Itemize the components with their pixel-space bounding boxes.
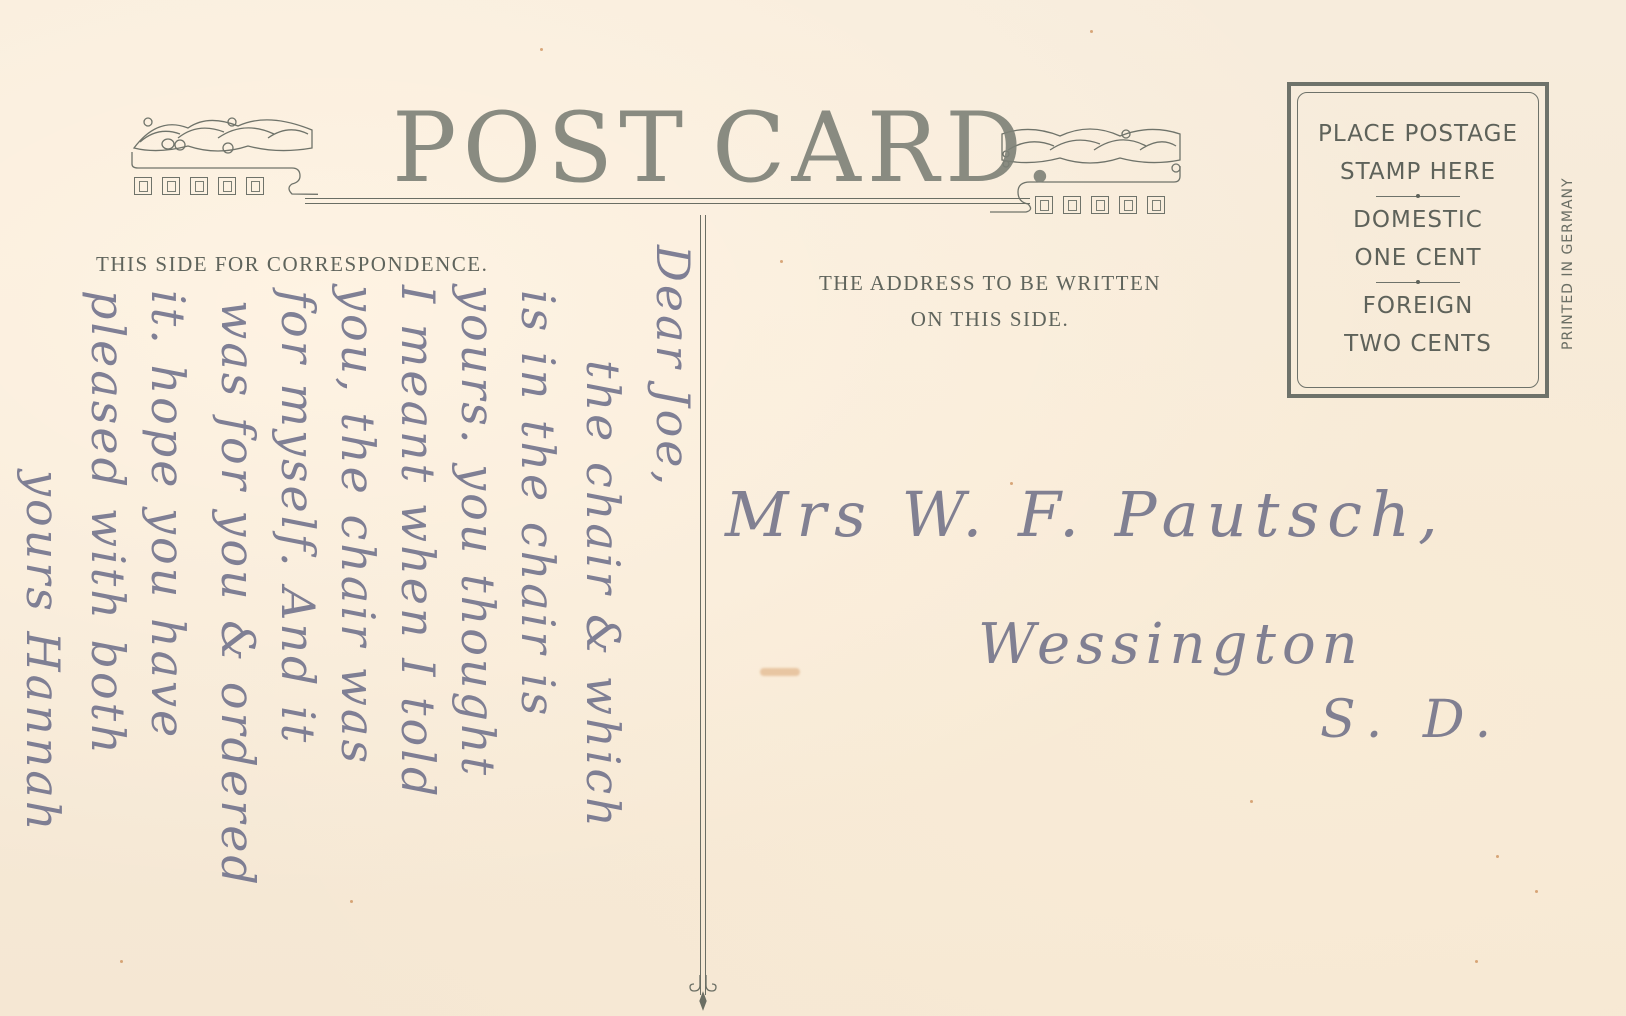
stamp-line-5: FOREIGN	[1363, 287, 1474, 325]
stamp-box: PLACE POSTAGE STAMP HERE DOMESTIC ONE CE…	[1287, 82, 1549, 398]
stamp-box-inner: PLACE POSTAGE STAMP HERE DOMESTIC ONE CE…	[1297, 92, 1539, 388]
title-card: CARD.	[712, 92, 1061, 204]
postcard-back: POST CARD. THIS SIDE FOR CORRESPONDENCE.…	[0, 0, 1626, 1016]
paper-speck	[1010, 482, 1013, 485]
stamp-separator	[1376, 191, 1460, 201]
center-divider	[700, 215, 706, 995]
stamp-line-4: ONE CENT	[1355, 239, 1482, 277]
stamp-line-3: DOMESTIC	[1353, 201, 1483, 239]
paper-speck	[1250, 800, 1253, 803]
message-column: is in the chair is	[511, 290, 565, 718]
message-column: the chair & which	[576, 360, 630, 830]
message-column: it. hope you have	[141, 290, 195, 740]
title-post: POST	[392, 92, 689, 204]
address-label-line1: THE ADDRESS TO BE WRITTEN	[780, 265, 1200, 301]
paper-speck	[540, 48, 543, 51]
stamp-line-2: STAMP HERE	[1340, 153, 1496, 191]
paper-speck	[1475, 960, 1478, 963]
message-column: yours Hannah	[16, 470, 70, 833]
stamp-line-1: PLACE POSTAGE	[1318, 115, 1518, 153]
message-column: for myself. And it	[271, 290, 325, 745]
message-column: was for you & ordered	[211, 300, 265, 888]
message-column: pleased with both	[81, 290, 135, 757]
message-column: yours. you thought	[451, 285, 505, 778]
paper-speck	[350, 900, 353, 903]
address-recipient: Mrs W. F. Pautsch,	[725, 478, 1446, 551]
printed-in-germany: PRINTED IN GERMANY	[1560, 177, 1576, 350]
correspondence-label: THIS SIDE FOR CORRESPONDENCE.	[96, 252, 488, 277]
paper-speck	[780, 260, 783, 263]
paper-speck	[1496, 855, 1499, 858]
paper-speck	[1090, 30, 1093, 33]
paper-stain	[760, 668, 800, 676]
address-label-line2: ON THIS SIDE.	[780, 301, 1200, 337]
message-column: Dear Joe,	[646, 245, 700, 488]
address-town: Wessington	[978, 612, 1364, 677]
address-state: S. D.	[1320, 690, 1503, 750]
decorative-squares-left	[134, 177, 264, 195]
message-column: you, the chair was	[331, 285, 385, 766]
stamp-line-6: TWO CENTS	[1344, 325, 1492, 363]
address-label: THE ADDRESS TO BE WRITTEN ON THIS SIDE.	[780, 265, 1200, 337]
paper-speck	[120, 960, 123, 963]
message-column: I meant when I told	[391, 285, 445, 799]
stamp-separator	[1376, 277, 1460, 287]
paper-speck	[1535, 890, 1538, 893]
divider-finial-icon	[688, 975, 718, 1016]
